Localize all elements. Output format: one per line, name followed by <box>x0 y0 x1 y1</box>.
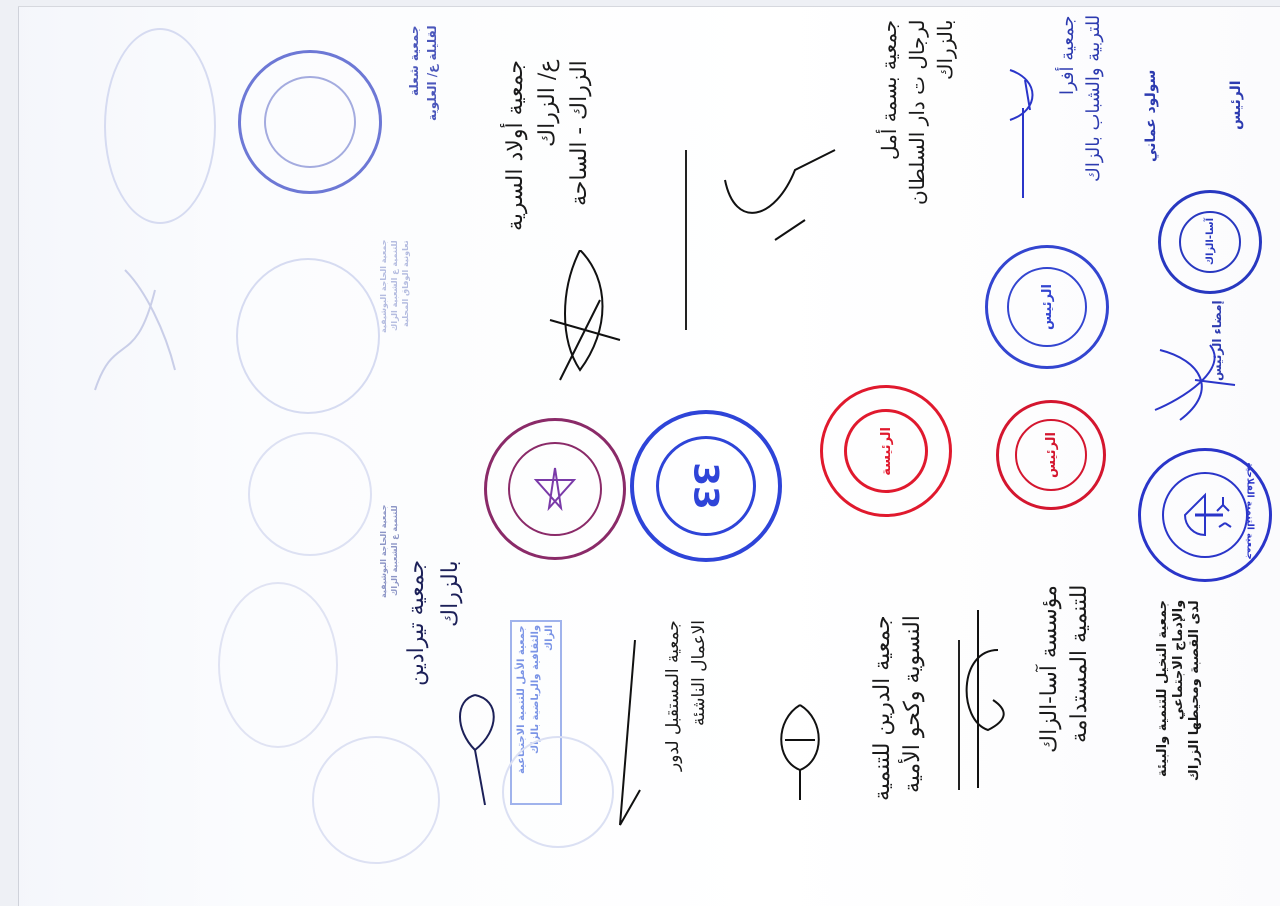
stamp-blue-faint-left <box>238 50 382 194</box>
stamp-blue-center: 33 <box>630 410 782 562</box>
entry-line: بالزراك <box>931 20 959 270</box>
divider-line <box>958 640 960 790</box>
faint-line: للتنمية ع الشعبية الزاك <box>389 240 400 430</box>
signature-tiradin <box>445 690 505 810</box>
scan-edge-left <box>0 0 19 906</box>
association-title-line: جمعية النخيل للتنمية والبيئة <box>1155 600 1171 830</box>
signature-asa-zag <box>958 610 1018 790</box>
stamp-center-text: الرئيسة <box>879 427 894 476</box>
stamp-women-literacy: الرئيسة <box>820 385 952 517</box>
entry-line: لرجال ت دار السلطان <box>903 20 931 270</box>
divider-line <box>1022 108 1024 198</box>
president-label: الرئيس <box>1228 80 1244 160</box>
president-name: سولود عماني <box>1143 70 1159 190</box>
signature-future <box>615 640 645 840</box>
scan-edge-top <box>18 0 1280 7</box>
signature-president <box>1140 330 1240 430</box>
entry-line: لقليلة ع/ العلوية <box>423 25 441 175</box>
ghost-stamp <box>236 258 380 414</box>
ghost-stamp <box>248 432 372 556</box>
association-title-line: لدى القصبة ومحيطها الزراك <box>1187 600 1203 830</box>
entry-line: النسوية وكحو الأمية <box>898 615 928 875</box>
signature-awlad-sariya <box>540 250 630 390</box>
stamp-development-cooperation <box>484 418 626 560</box>
ghost-stamp <box>312 736 440 864</box>
ghost-stamp <box>104 28 216 224</box>
entry-line: جمعية بسمة أمل <box>875 20 903 270</box>
entry-basma-amal: جمعية بسمة أمل لرجال ت دار السلطان بالزر… <box>875 20 959 270</box>
palm-tree-icon <box>1175 485 1235 545</box>
association-title: جمعية النخيل للتنمية والبيئة والإدماج ال… <box>1155 600 1203 830</box>
entry-afra: جمعية أفرا للتربية والشباب بالزاك <box>1055 15 1107 165</box>
entry-line: مؤسسة آسا-الزاك <box>1035 585 1065 885</box>
stamp-center-text: آسا-الزاك <box>1205 218 1216 265</box>
entry-future: جمعية المستقبل لدور الاعمال الناشئة <box>660 620 712 850</box>
stamp-agricultural-development: جمعية التنمية الفلاحية <box>1138 448 1272 582</box>
faint-printed-block-2: جمعية الحاجة البوشيقية للتنمية ع الشعبية… <box>378 505 400 655</box>
faint-printed-block: جمعية الحاجة البوشيقية للتنمية ع الشعبية… <box>378 240 411 430</box>
entry-line: جمعية المستقبل لدور <box>660 620 686 850</box>
entry-women-literacy: جمعية الدرين للتنمية النسوية وكحو الأمية <box>868 615 928 875</box>
entry-asa-zag: مؤسسة آسا-الزاك للتنمية المستدامة <box>1035 585 1095 885</box>
signature-afra <box>1000 60 1050 130</box>
stamp-center-text: الرئيس <box>1040 284 1055 330</box>
stamp-ring-text: جمعية التنمية الفلاحية <box>1245 462 1255 559</box>
entry-line: جمعية شعلة <box>405 25 423 175</box>
faint-line: جمعية الحاجة البوشيقية <box>378 505 389 655</box>
entry-line: للتنمية المستدامة <box>1065 585 1095 885</box>
ghost-stamp <box>502 736 614 848</box>
stamp-center-text: الرئيس <box>1044 432 1059 478</box>
association-title-line: والإدماج الاجتماعي <box>1171 600 1187 830</box>
entry-line: جمعية الدرين للتنمية <box>868 615 898 875</box>
stamp-blue-multi: الرئيس <box>985 245 1109 369</box>
entry-shuala: جمعية شعلة لقليلة ع/ العلوية <box>405 25 441 175</box>
faint-line: تعاونية الوفاق المحلية <box>400 240 411 430</box>
ghost-stamp <box>218 582 338 748</box>
faint-line: للتنمية ع الشعبية الزاك <box>389 505 400 655</box>
entry-line: للتربية والشباب بالزاك <box>1081 15 1107 165</box>
entry-line: جمعية أفرا <box>1055 15 1081 165</box>
stamp-president-research: الرئيس <box>996 400 1106 510</box>
divider-line <box>685 150 687 330</box>
scanned-document-page: جمعية النخيل للتنمية والبيئة والإدماج ال… <box>0 0 1280 906</box>
stamp-blue-small-top: آسا-الزاك <box>1158 190 1262 294</box>
star-icon <box>530 464 580 514</box>
entry-line: جمعية أولاد السرية <box>500 60 532 350</box>
stamp-center-text: 33 <box>686 462 726 509</box>
signature-faint <box>75 250 185 400</box>
signature-women-literacy <box>770 700 830 810</box>
entry-line: الاعمال الناشئة <box>686 620 712 850</box>
signature-basma-amal <box>715 140 845 250</box>
